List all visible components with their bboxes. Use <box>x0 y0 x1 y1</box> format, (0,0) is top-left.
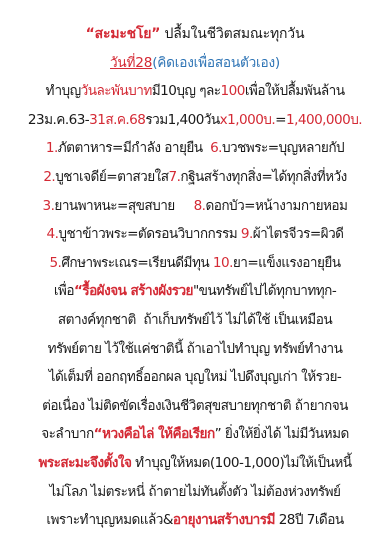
merit-text: ดอกบัว=หน้างามกายหอม <box>205 198 347 214</box>
multiplier: x1,000บ. <box>220 112 276 128</box>
start-date: 23ม.ค.63- <box>28 112 89 128</box>
intro-text: เพื่อให้ปลื้มพันล้าน <box>245 83 345 99</box>
body-text: ” ยิ่งให้ยิ่งได้ ไม่มีวันหมด <box>215 426 349 442</box>
body-text: "ขนทรัพย์ไปได้ทุกบาททุก- <box>193 283 336 299</box>
title-rest: ปลื้มในชีวิตสมณะทุกวัน <box>160 26 304 42</box>
intro-highlight: วันละพันบาท <box>81 83 152 99</box>
merit-text: กฐินสร้างทุกสิ่ง=ได้ทุกสิ่งที่หวัง <box>180 169 346 185</box>
merit-row: 4.บูชาข้าวพระ=ตัดรอนวิบากกรรม 9.ผ้าไตรจี… <box>0 220 390 249</box>
total-days: รวม1,400วัน <box>145 112 219 128</box>
body-text: เพราะทำบุญหมดแล้ว& <box>46 512 172 528</box>
merit-row: 3.ยานพาหนะ=สุขสบาย 8.ดอกบัว=หน้างามกายหอ… <box>0 192 390 221</box>
day-line: วันที่28(คิดเองเพื่อสอนตัวเอง) <box>0 49 390 78</box>
merit-number: 5. <box>49 255 61 271</box>
merit-text: ผ้าไตรจีวร=ผิวดี <box>253 226 344 242</box>
equals: = <box>275 112 286 128</box>
merit-text: บูชาข้าวพระ=ตัดรอนวิบากกรรม <box>58 226 240 242</box>
body-highlight: “หวงคือไล่ ให้คือเรียก <box>94 426 215 442</box>
body-text: เพื่อ <box>54 283 74 299</box>
merit-text: บวชพระ=บุญหลายกัป <box>222 140 344 156</box>
merit-row: 5.ศึกษาพระเณร=เรียนดีมีทุน 10.ยา=แข็งแรง… <box>0 249 390 278</box>
body-line: ต่อเนื่อง ไม่ติดขัดเรื่องเงินชีวิตสุขสบา… <box>0 392 390 421</box>
body-line: ไม่โลภ ไม่ตระหนี่ ถ้าตายไม่ทันตั้งตัว ไม… <box>0 478 390 507</box>
body-highlight: “รื้อผังจน สร้างผังรวย <box>74 283 193 299</box>
body-text: 28ปี 7เดือน <box>275 512 344 528</box>
merit-number: 9. <box>241 226 253 242</box>
merit-text: ภัตตาหาร=มีกำลัง อายุยืน <box>58 140 210 156</box>
body-line: ทรัพย์ตาย ไว้ใช้แค่ชาตินี้ ถ้าเอาไปทำบุญ… <box>0 335 390 364</box>
body-highlight: อายุงานสร้างบารมี <box>173 512 275 528</box>
body-line: พระสะมะจึงตั้งใจ ทำบุญให้หมด(100-1,000)ไ… <box>0 449 390 478</box>
total-amount: 1,400,000บ. <box>286 112 362 128</box>
body-line: เพื่อ“รื้อผังจน สร้างผังรวย"ขนทรัพย์ไปได… <box>0 277 390 306</box>
body-line: เพราะทำบุญหมดแล้ว&อายุงานสร้างบารมี 28ปี… <box>0 506 390 535</box>
body-line: จะลำบาก“หวงคือไล่ ให้คือเรียก” ยิ่งให้ยิ… <box>0 420 390 449</box>
body-line: สตางค์ทุกชาติ ถ้าเก็บทรัพย์ไว้ ไม่ได้ใช้… <box>0 306 390 335</box>
body-highlight: พระสะมะจึงตั้งใจ <box>38 455 131 471</box>
intro-amount: 100 <box>221 83 245 99</box>
merit-row: 2.บูชาเจดีย์=ตาสวยใส7.กฐินสร้างทุกสิ่ง=ไ… <box>0 163 390 192</box>
merit-document: “สะมะชโย” ปลื้มในชีวิตสมณะทุกวัน วันที่2… <box>0 0 390 539</box>
intro-line: ทำบุญวันละพันบาทมี10บุญ ๆละ100เพื่อให้ปล… <box>0 77 390 106</box>
merit-text: บูชาเจดีย์=ตาสวยใส <box>55 169 168 185</box>
merit-number: 3. <box>43 198 55 214</box>
title-line: “สะมะชโย” ปลื้มในชีวิตสมณะทุกวัน <box>0 20 390 49</box>
merit-row: 1.ภัตตาหาร=มีกำลัง อายุยืน 6.บวชพระ=บุญห… <box>0 134 390 163</box>
body-text: ทำบุญให้หมด(100-1,000)ไม่ให้เป็นหนี้ <box>131 455 351 471</box>
day-subtitle: (คิดเองเพื่อสอนตัวเอง) <box>152 55 280 71</box>
merit-number: 6. <box>210 140 222 156</box>
merit-number: 1. <box>46 140 58 156</box>
merit-text: ยา=แข็งแรงอายุยืน <box>233 255 341 271</box>
merit-number: 4. <box>47 226 59 242</box>
intro-text: ทำบุญ <box>46 83 81 99</box>
body-text: จะลำบาก <box>41 426 93 442</box>
body-line: ได้เต็มที่ ออกฤทธิ์ออกผล บุญใหม่ ไปดึงบุ… <box>0 363 390 392</box>
date-summary-line: 23ม.ค.63-31ส.ค.68รวม1,400วันx1,000บ.=1,4… <box>0 106 390 135</box>
merit-number: 10. <box>213 255 233 271</box>
merit-number: 7. <box>169 169 181 185</box>
merit-number: 2. <box>43 169 55 185</box>
merit-number: 8. <box>194 198 206 214</box>
title-quote: “สะมะชโย” <box>86 26 161 42</box>
end-date: 31ส.ค.68 <box>89 112 145 128</box>
merit-text: ศึกษาพระเณร=เรียนดีมีทุน <box>61 255 213 271</box>
intro-text: มี10บุญ ๆละ <box>152 83 221 99</box>
merit-text: ยานพาหนะ=สุขสบาย <box>54 198 193 214</box>
day-label: วันที่28 <box>110 55 152 71</box>
